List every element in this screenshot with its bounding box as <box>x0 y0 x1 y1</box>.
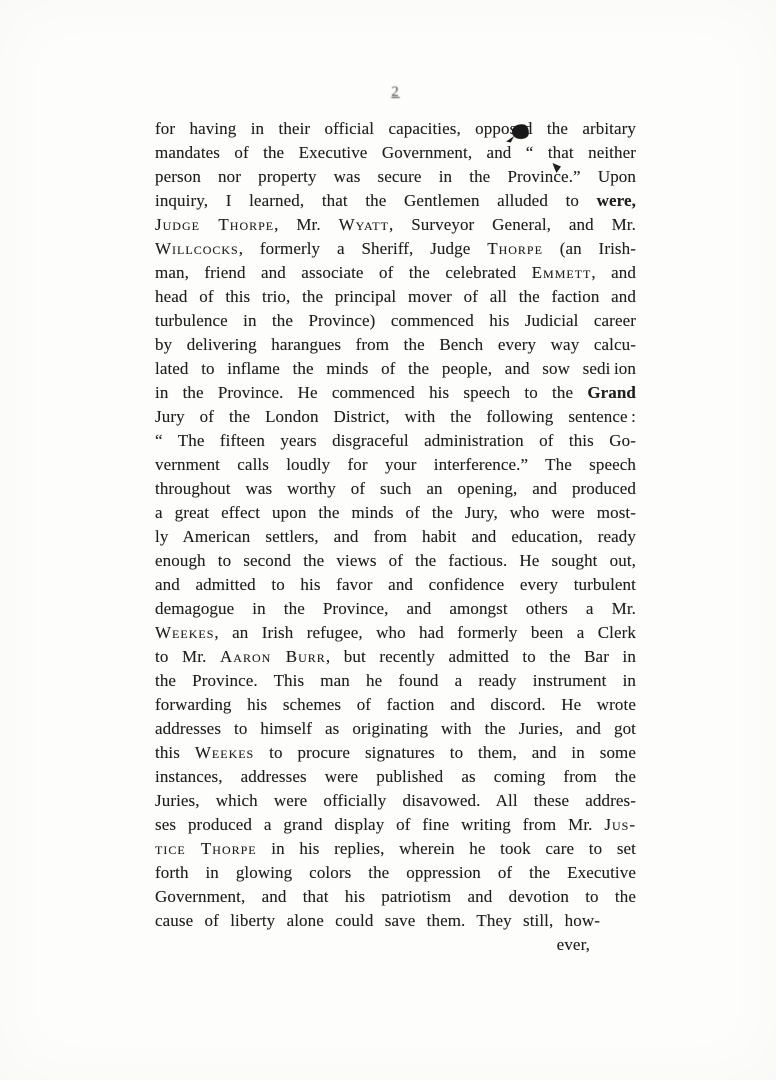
name-smallcaps: Emmett <box>532 263 592 282</box>
text-line: vernment calls loudly for your interfere… <box>155 453 636 477</box>
text-line: ever, <box>155 933 636 957</box>
text-segment: ly American settlers, and from habit and… <box>155 527 636 546</box>
text-line: forwarding his schemes of faction and di… <box>155 693 636 717</box>
text-segment: forth in glowing colors the oppression o… <box>155 863 636 882</box>
text-block: for having in their official capacities,… <box>155 117 636 957</box>
text-segment: , formerly a Sheriff, Judge <box>239 239 487 258</box>
name-smallcaps: Wyatt <box>339 215 389 234</box>
text-segment: demagogue in the Province, and amongst o… <box>155 599 636 618</box>
text-segment: a great effect upon the minds of the Jur… <box>155 503 636 522</box>
text-line: a great effect upon the minds of the Jur… <box>155 501 636 525</box>
name-smallcaps: Jus- <box>604 815 636 834</box>
text-segment: mandates of the Executive Government, an… <box>155 143 636 162</box>
text-segment: vernment calls loudly for your interfere… <box>155 455 636 474</box>
text-line: throughout was worthy of such an opening… <box>155 477 636 501</box>
name-smallcaps: Aaron Burr <box>220 647 326 666</box>
text-segment: by delivering harangues from the Bench e… <box>155 335 636 354</box>
text-segment: in his replies, wherein he took care to … <box>257 839 636 858</box>
text-segment: man, friend and associate of the celebra… <box>155 263 532 282</box>
text-segment: , and <box>591 263 636 282</box>
text-segment: enough to second the views of the factio… <box>155 551 636 570</box>
text-line: head of this trio, the principal mover o… <box>155 285 636 309</box>
text-segment: person nor property was secure in the Pr… <box>155 167 636 186</box>
text-segment: Juries, which were officially disavowed.… <box>155 791 636 810</box>
text-segment: cause of liberty alone could save them. … <box>155 911 600 930</box>
text-segment: ever, <box>557 935 590 954</box>
text-line: enough to second the views of the factio… <box>155 549 636 573</box>
text-line: Judge Thorpe, Mr. Wyatt, Surveyor Genera… <box>155 213 636 237</box>
text-segment: , an Irish refugee, who had formerly bee… <box>214 623 636 642</box>
text-segment: “ The fifteen years disgraceful administ… <box>155 431 636 450</box>
text-line: by delivering harangues from the Bench e… <box>155 333 636 357</box>
text-line: cause of liberty alone could save them. … <box>155 909 636 933</box>
text-segment: ses produced a grand display of fine wri… <box>155 815 604 834</box>
scanned-book-page: 2 for having in their official capacitie… <box>0 0 776 1080</box>
text-segment: turbulence in the Province) commenced hi… <box>155 311 636 330</box>
text-segment: throughout was worthy of such an opening… <box>155 479 636 498</box>
text-segment: (an Irish- <box>543 239 636 258</box>
text-segment: to procure signatures to them, and in so… <box>254 743 636 762</box>
name-smallcaps: Weekes <box>155 623 214 642</box>
text-line: mandates of the Executive Government, an… <box>155 141 636 165</box>
text-segment: for having in their official capacities,… <box>155 119 636 138</box>
text-segment: lated to inflame the minds of the people… <box>155 359 636 378</box>
text-line: forth in glowing colors the oppression o… <box>155 861 636 885</box>
text-line: “ The fifteen years disgraceful administ… <box>155 429 636 453</box>
text-line: Weekes, an Irish refugee, who had former… <box>155 621 636 645</box>
text-line: turbulence in the Province) commenced hi… <box>155 309 636 333</box>
text-segment: Government, and that his patriotism and … <box>155 887 636 906</box>
text-segment: instances, addresses were published as c… <box>155 767 636 786</box>
text-segment: head of this trio, the principal mover o… <box>155 287 636 306</box>
text-line: ly American settlers, and from habit and… <box>155 525 636 549</box>
text-segment: and admitted to his favor and confidence… <box>155 575 636 594</box>
text-line: lated to inflame the minds of the people… <box>155 357 636 381</box>
text-segment: were, <box>597 191 636 210</box>
name-smallcaps: Willcocks <box>155 239 239 258</box>
text-segment: this <box>155 743 195 762</box>
text-line: this Weekes to procure signatures to the… <box>155 741 636 765</box>
text-line: addresses to himself as originating with… <box>155 717 636 741</box>
text-segment: inquiry, I learned, that the Gentlemen a… <box>155 191 597 210</box>
text-segment: forwarding his schemes of faction and di… <box>155 695 636 714</box>
text-line: person nor property was secure in the Pr… <box>155 165 636 189</box>
text-line: Government, and that his patriotism and … <box>155 885 636 909</box>
text-line: inquiry, I learned, that the Gentlemen a… <box>155 189 636 213</box>
name-smallcaps: Weekes <box>195 743 254 762</box>
text-segment: the Province. This man he found a ready … <box>155 671 636 690</box>
text-line: to Mr. Aaron Burr, but recently admitted… <box>155 645 636 669</box>
page-number: 2 <box>155 84 636 101</box>
text-segment: , Mr. <box>274 215 338 234</box>
name-smallcaps: Thorpe <box>487 239 543 258</box>
text-segment: addresses to himself as originating with… <box>155 719 636 738</box>
text-line: ses produced a grand display of fine wri… <box>155 813 636 837</box>
text-line: man, friend and associate of the celebra… <box>155 261 636 285</box>
text-line: instances, addresses were published as c… <box>155 765 636 789</box>
text-line: tice Thorpe in his replies, wherein he t… <box>155 837 636 861</box>
text-line: Jury of the London District, with the fo… <box>155 405 636 429</box>
text-segment: in the Province. He commenced his speech… <box>155 383 587 402</box>
text-line: and admitted to his favor and confidence… <box>155 573 636 597</box>
text-line: for having in their official capacities,… <box>155 117 636 141</box>
text-segment: , but recently admitted to the Bar in <box>326 647 636 666</box>
text-segment: to Mr. <box>155 647 220 666</box>
text-line: demagogue in the Province, and amongst o… <box>155 597 636 621</box>
text-line: Juries, which were officially disavowed.… <box>155 789 636 813</box>
name-smallcaps: tice Thorpe <box>155 839 257 858</box>
text-segment: Jury of the London District, with the fo… <box>155 407 636 426</box>
text-line: Willcocks, formerly a Sheriff, Judge Tho… <box>155 237 636 261</box>
text-segment: , Surveyor General, and Mr. <box>389 215 636 234</box>
name-smallcaps: Judge Thorpe <box>155 215 274 234</box>
text-line: the Province. This man he found a ready … <box>155 669 636 693</box>
text-segment: Grand <box>587 383 636 402</box>
text-line: in the Province. He commenced his speech… <box>155 381 636 405</box>
